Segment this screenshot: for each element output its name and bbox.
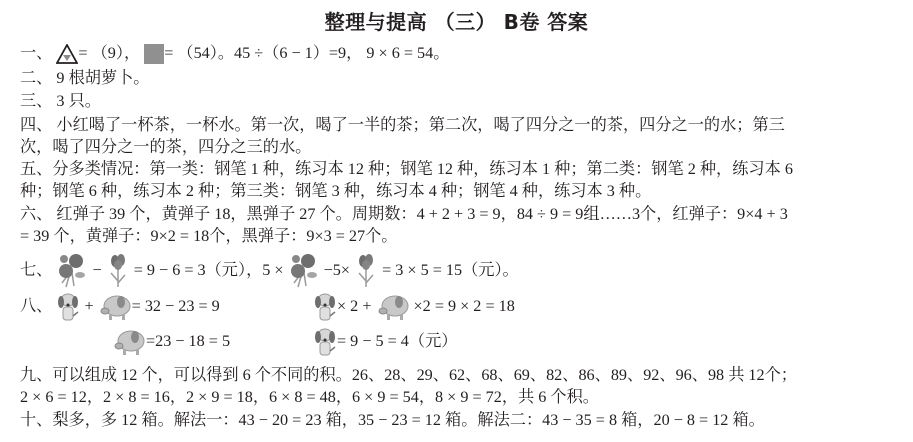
- rose-bouquet-icon: [288, 253, 320, 289]
- puppy-icon: [56, 292, 80, 322]
- answer-8-row-2-right: = 9 − 5 = 4（元）: [313, 326, 457, 357]
- answer-4-line-2: 次，喝了四分之一的茶，四分之三的水。: [20, 137, 311, 157]
- answer-7: 七、 − = 9 − 6 = 3（元），5 × −5×: [20, 252, 519, 289]
- pig-icon: [98, 292, 132, 322]
- rose-bouquet-icon: [56, 253, 88, 289]
- page-title: 整理与提高 （三） B卷 答案: [0, 6, 913, 35]
- puppy-icon: [313, 292, 337, 322]
- answer-1: 一、 = （9）， = （54）。45 ÷（6 − 1）=9， 9 × 6 = …: [20, 43, 449, 64]
- pig-icon: [376, 292, 410, 322]
- tulip-icon: [106, 253, 130, 289]
- answer-9-line-2: 2 × 6 = 12，2 × 8 = 16，2 × 9 = 18，6 × 8 =…: [20, 387, 599, 407]
- answer-6-line-2: = 39 个，黄弹子：9×2 = 18个，黑弹子：9×3 = 27个。: [20, 226, 398, 246]
- answer-9-line-1: 九、可以组成 12 个，可以得到 6 个不同的积。26、28、29、62、68、…: [20, 365, 797, 385]
- answer-10: 十、梨多，多 12 箱。解法一：43 − 20 = 23 箱，35 − 23 =…: [20, 410, 765, 430]
- answer-8-row-2-left: =23 − 18 = 5: [112, 326, 230, 357]
- answer-3: 三、 3 只。: [20, 91, 101, 111]
- answer-2: 二、 9 根胡萝卜。: [20, 68, 150, 88]
- tulip-icon: [354, 253, 378, 289]
- pig-icon: [112, 327, 146, 357]
- question-number: 一、: [20, 43, 52, 63]
- answer-5-line-2: 种；钢笔 6 种，练习本 2 种；第三类：钢笔 3 种，练习本 4 种；钢笔 4…: [20, 181, 651, 201]
- answer-6-line-1: 六、 红弹子 39 个，黄弹子 18，黑弹子 27 个。周期数：4 + 2 + …: [20, 204, 788, 224]
- triangle-icon: [56, 44, 78, 64]
- answer-5-line-1: 五、分多类情况：第一类：钢笔 1 种，练习本 12 种；钢笔 12 种，练习本 …: [20, 159, 793, 179]
- gray-square-icon: [144, 44, 164, 64]
- answer-8-row-1-left: 八、 + = 32 − 23 = 9: [20, 291, 220, 322]
- puppy-icon: [313, 327, 337, 357]
- answer-4-line-1: 四、 小红喝了一杯茶，一杯水。第一次，喝了一半的茶；第二次，喝了四分之一的茶，四…: [20, 115, 785, 135]
- answer-8-row-1-right: × 2 + ×2 = 9 × 2 = 18: [313, 291, 515, 322]
